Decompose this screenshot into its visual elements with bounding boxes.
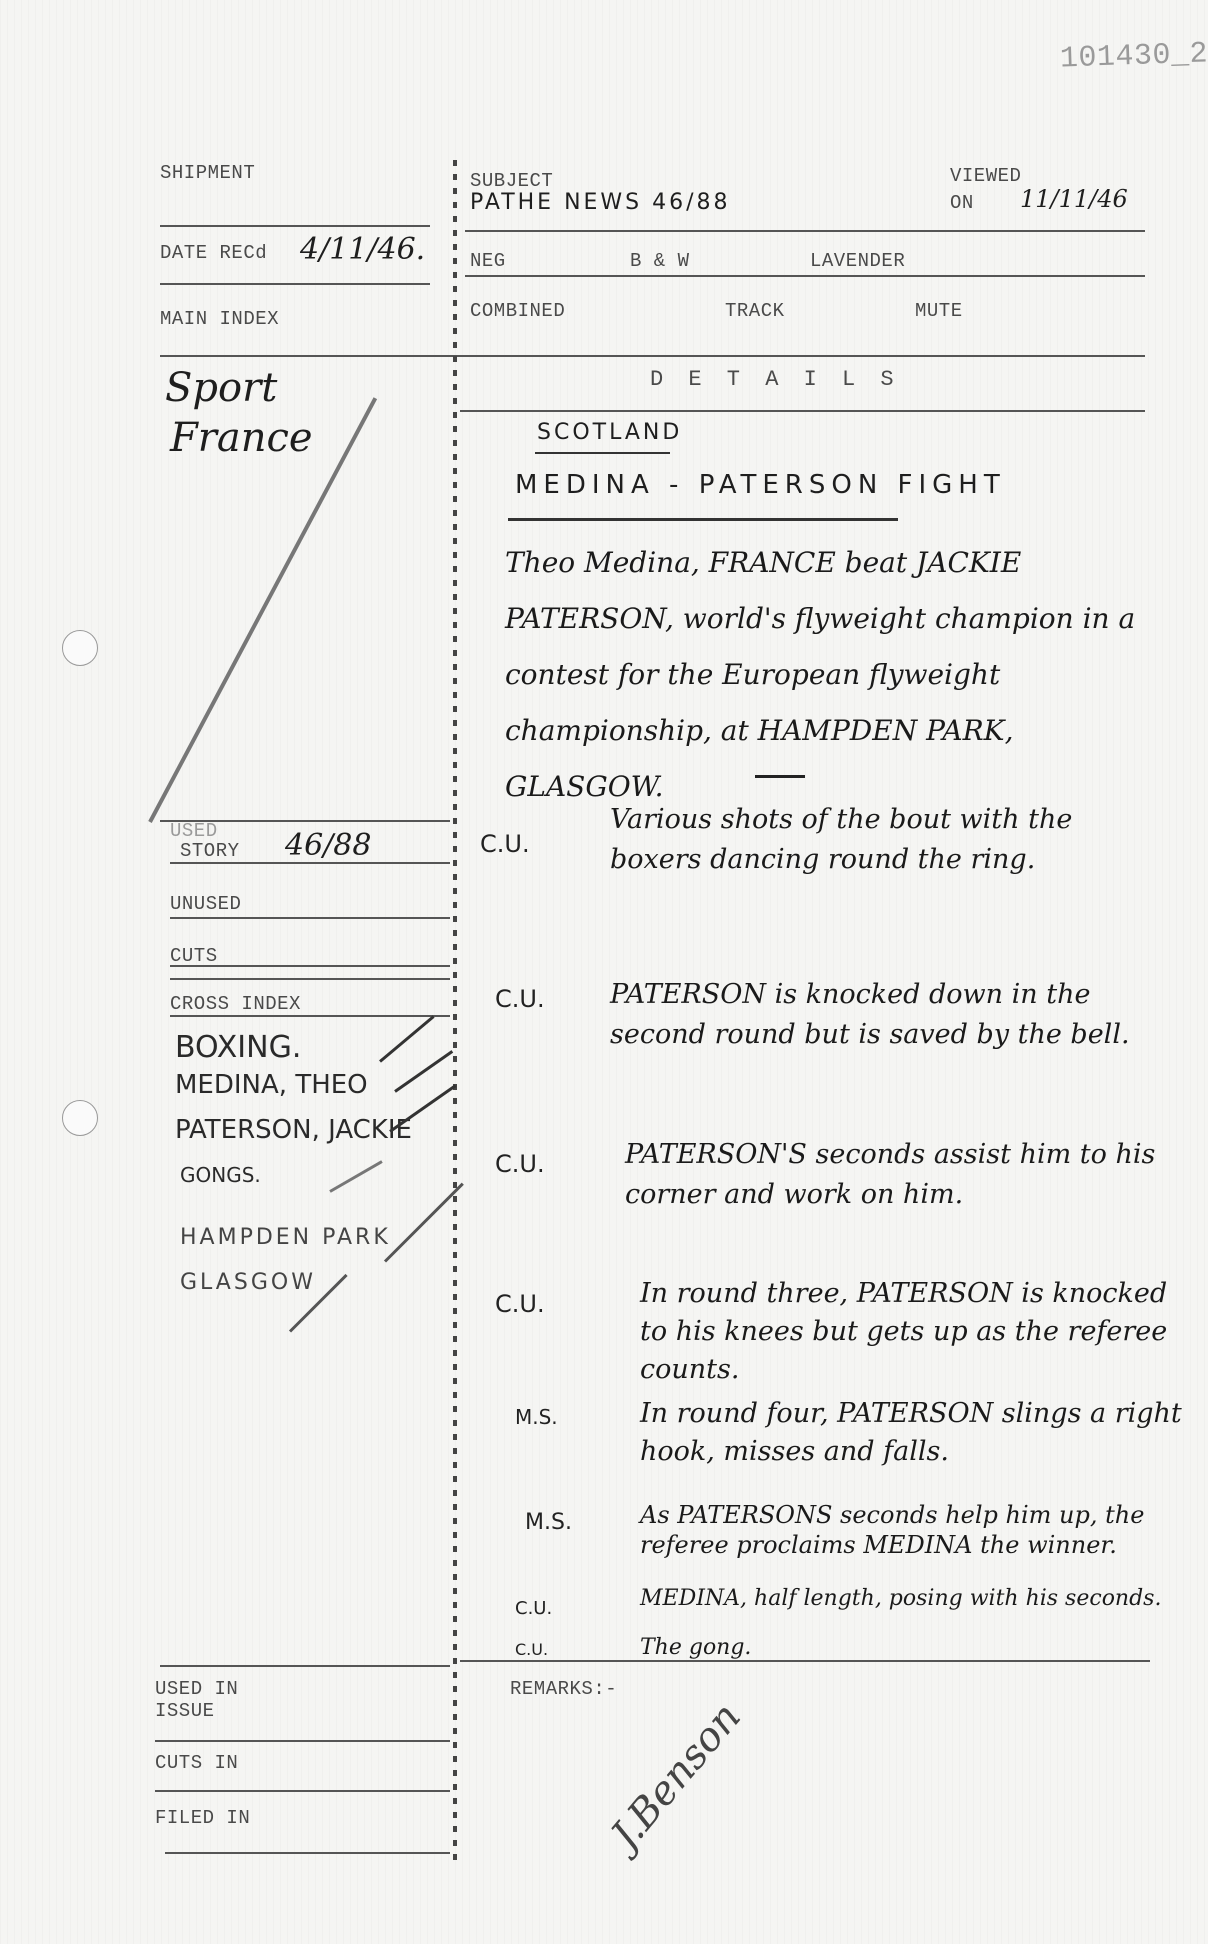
divider [160, 225, 430, 227]
subject-label: SUBJECT [470, 170, 553, 192]
combined-label: COMBINED [470, 300, 565, 322]
main-index-label: MAIN INDEX [160, 308, 279, 330]
divider [465, 230, 1145, 232]
divider [170, 978, 450, 980]
shot-description: As PATERSONS seconds help him up, the re… [640, 1500, 1200, 1560]
story-label: STORY [180, 840, 240, 862]
used-label: USED [170, 820, 218, 842]
signature: J.Benson [602, 1694, 750, 1858]
shot-type: M.S. [515, 1405, 558, 1429]
cross-index-label: CROSS INDEX [170, 993, 301, 1015]
divider [465, 275, 1145, 277]
cross-index-item: HAMPDEN PARK [180, 1225, 391, 1250]
cuts-label: CUTS [170, 945, 218, 967]
pencil-stroke [148, 397, 377, 823]
shot-type: C.U. [480, 830, 530, 858]
punch-hole [62, 1100, 98, 1136]
neg-label: NEG [470, 250, 506, 272]
cross-index-item: BOXING. [175, 1030, 301, 1065]
shot-type: C.U. [495, 1150, 545, 1178]
punch-hole [62, 630, 98, 666]
check-mark-icon [329, 1160, 382, 1193]
story-title: MEDINA - PATERSON FIGHT [515, 470, 1006, 500]
date-recd-value: 4/11/46. [300, 232, 425, 267]
cross-index-item: PATERSON, JACKIE [175, 1115, 412, 1145]
shipment-label: SHIPMENT [160, 162, 255, 184]
divider [460, 410, 1145, 412]
corner-number: 101430_2 [1059, 37, 1208, 76]
divider [160, 1665, 450, 1667]
document-page: 101430_2 SHIPMENT SUBJECT PATHE NEWS 46/… [0, 0, 1208, 1944]
used-in-issue-label: USED IN ISSUE [155, 1678, 275, 1722]
viewed-on-value: 11/11/46 [1020, 185, 1128, 213]
mute-label: MUTE [915, 300, 963, 322]
divider [155, 1740, 450, 1742]
viewed-label: VIEWED [950, 165, 1021, 187]
shot-type: C.U. [515, 1640, 548, 1659]
cross-index-item: GONGS. [180, 1163, 261, 1187]
remarks-label: REMARKS:- [510, 1678, 617, 1700]
viewed-on-label: ON [950, 192, 974, 214]
filed-in-label: FILED IN [155, 1807, 250, 1829]
check-mark-icon [384, 1183, 464, 1263]
details-heading: D E T A I L S [650, 367, 900, 392]
check-mark-icon [394, 1050, 453, 1093]
shot-description: PATERSON'S seconds assist him to his cor… [625, 1135, 1185, 1215]
divider [165, 1852, 450, 1854]
check-mark-icon [379, 1015, 435, 1062]
shot-type: M.S. [525, 1510, 572, 1535]
divider [170, 965, 450, 967]
cross-index-item: MEDINA, THEO [175, 1070, 368, 1100]
location: SCOTLAND [537, 420, 682, 445]
divider [170, 862, 450, 864]
unused-label: UNUSED [170, 893, 241, 915]
shot-type: C.U. [495, 985, 545, 1013]
shot-description: PATERSON is knocked down in the second r… [610, 975, 1170, 1055]
column-separator [453, 160, 457, 1860]
cross-index-item: GLASGOW [180, 1270, 316, 1295]
date-recd-label: DATE RECd [160, 242, 267, 264]
cuts-in-label: CUTS IN [155, 1752, 238, 1774]
location-underline [535, 452, 670, 454]
main-index-item: France [170, 415, 313, 461]
bw-label: B & W [630, 250, 690, 272]
divider [155, 1790, 450, 1792]
track-label: TRACK [725, 300, 785, 322]
shot-description: MEDINA, half length, posing with his sec… [640, 1585, 1200, 1613]
divider [460, 1660, 1150, 1662]
shot-description: The gong. [640, 1635, 1200, 1661]
summary: Theo Medina, FRANCE beat JACKIE PATERSON… [505, 535, 1145, 815]
divider [170, 917, 450, 919]
shot-description: Various shots of the bout with the boxer… [610, 800, 1170, 880]
lavender-label: LAVENDER [810, 250, 905, 272]
shot-description: In round four, PATERSON slings a right h… [640, 1395, 1200, 1471]
title-underline [508, 518, 898, 521]
shot-type: C.U. [515, 1598, 552, 1619]
check-mark-icon [389, 1084, 456, 1132]
subject-value: PATHE NEWS 46/88 [470, 190, 731, 215]
story-value: 46/88 [285, 828, 371, 863]
shot-description: In round three, PATERSON is knocked to h… [640, 1275, 1200, 1389]
divider [160, 355, 1145, 357]
summary-divider [755, 775, 805, 778]
shot-type: C.U. [495, 1290, 545, 1318]
divider [160, 283, 430, 285]
divider [170, 1015, 450, 1017]
main-index-item: Sport [165, 365, 277, 411]
